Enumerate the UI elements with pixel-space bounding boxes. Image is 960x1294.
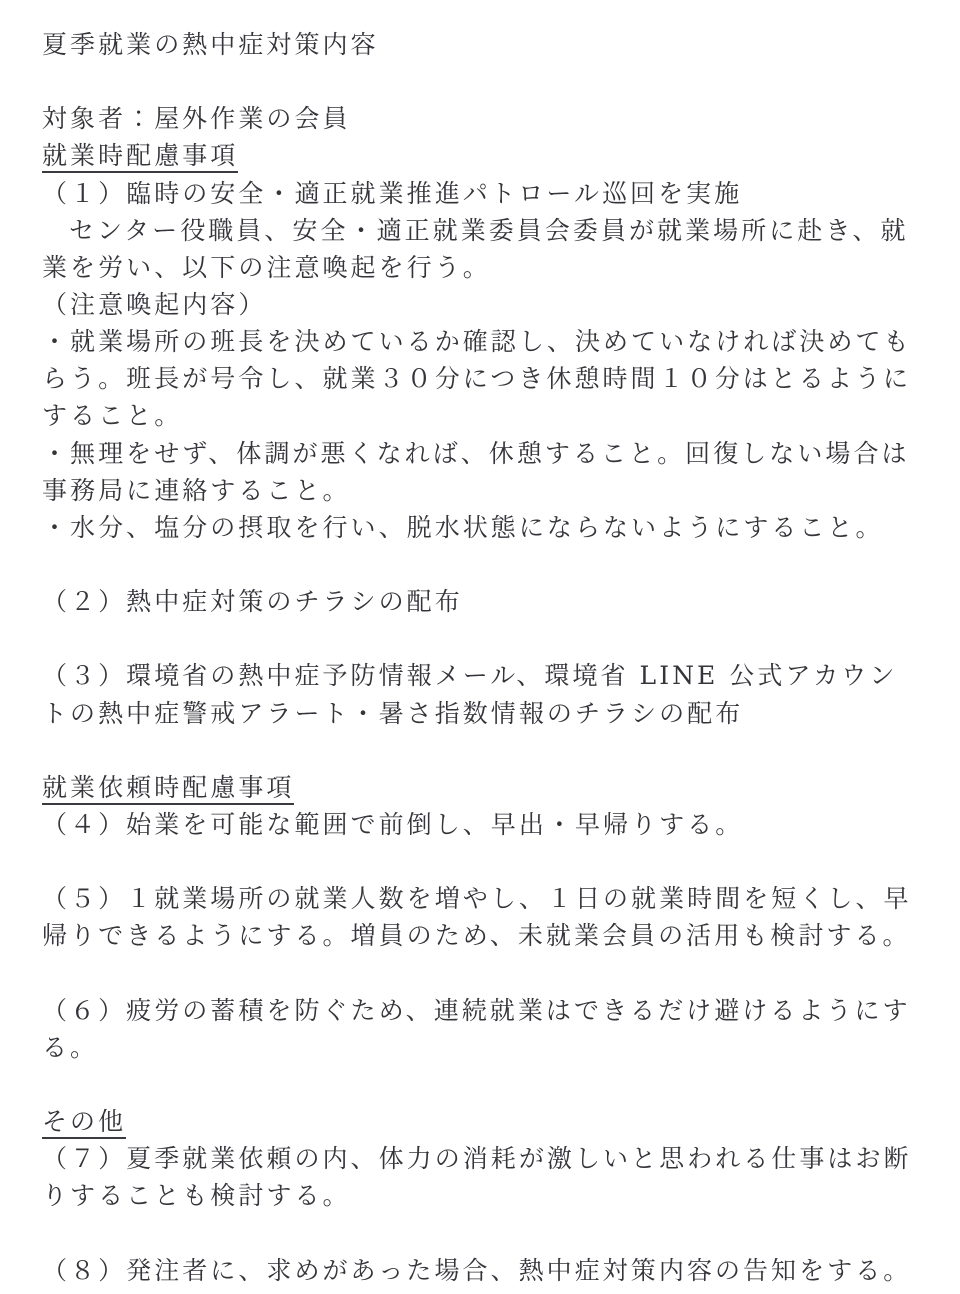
section-heading-text: 就業依頼時配慮事項 [42, 773, 294, 805]
item-2-line: （２）熱中症対策のチラシの配布 [42, 583, 924, 620]
item-1-detail-line-1: センター役職員、安全・適正就業委員会委員が就業場所に赴き、就 [42, 212, 924, 249]
blank-line [42, 732, 924, 769]
item-6-line-2: る。 [42, 1029, 924, 1066]
caution-bullet-1-line-2: らう。班長が号令し、就業３０分につき休憩時間１０分はとるように [42, 360, 924, 397]
item-1-line: （１）臨時の安全・適正就業推進パトロール巡回を実施 [42, 175, 924, 212]
blank-line [42, 1215, 924, 1252]
blank-line [42, 843, 924, 880]
section-heading-other: その他 [42, 1103, 924, 1140]
target-audience-line: 対象者：屋外作業の会員 [42, 100, 924, 137]
caution-contents-label: （注意喚起内容） [42, 286, 924, 323]
document-page: 夏季就業の熱中症対策内容 対象者：屋外作業の会員 就業時配慮事項 （１）臨時の安… [0, 0, 960, 1294]
item-7-line-1: （７）夏季就業依頼の内、体力の消耗が激しいと思われる仕事はお断 [42, 1140, 924, 1177]
item-3-line-1: （３）環境省の熱中症予防情報メール、環境省 LINE 公式アカウン [42, 657, 924, 694]
blank-line [42, 955, 924, 992]
caution-bullet-1-line-1: ・就業場所の班長を決めているか確認し、決めていなければ決めても [42, 323, 924, 360]
blank-line [42, 1066, 924, 1103]
document-title: 夏季就業の熱中症対策内容 [42, 26, 924, 63]
caution-bullet-2-line-2: 事務局に連絡すること。 [42, 472, 924, 509]
item-8-line: （８）発注者に、求めがあった場合、熱中症対策内容の告知をする。 [42, 1252, 924, 1289]
item-5-line-1: （５）１就業場所の就業人数を増やし、１日の就業時間を短くし、早 [42, 880, 924, 917]
section-heading-text: 就業時配慮事項 [42, 141, 238, 173]
blank-line [42, 546, 924, 583]
caution-bullet-1-line-3: すること。 [42, 397, 924, 434]
item-1-detail-line-2: 業を労い、以下の注意喚起を行う。 [42, 249, 924, 286]
item-7-line-2: りすることも検討する。 [42, 1177, 924, 1214]
section-heading-work-request: 就業依頼時配慮事項 [42, 769, 924, 806]
section-heading-during-work: 就業時配慮事項 [42, 137, 924, 174]
item-4-line: （４）始業を可能な範囲で前倒し、早出・早帰りする。 [42, 806, 924, 843]
section-heading-text: その他 [42, 1107, 126, 1139]
item-6-line-1: （６）疲労の蓄積を防ぐため、連続就業はできるだけ避けるようにす [42, 992, 924, 1029]
blank-line [42, 63, 924, 100]
caution-bullet-3-line: ・水分、塩分の摂取を行い、脱水状態にならないようにすること。 [42, 509, 924, 546]
blank-line [42, 620, 924, 657]
item-3-line-2: トの熱中症警戒アラート・暑さ指数情報のチラシの配布 [42, 695, 924, 732]
caution-bullet-2-line-1: ・無理をせず、体調が悪くなれば、休憩すること。回復しない場合は [42, 435, 924, 472]
item-5-line-2: 帰りできるようにする。増員のため、未就業会員の活用も検討する。 [42, 917, 924, 954]
